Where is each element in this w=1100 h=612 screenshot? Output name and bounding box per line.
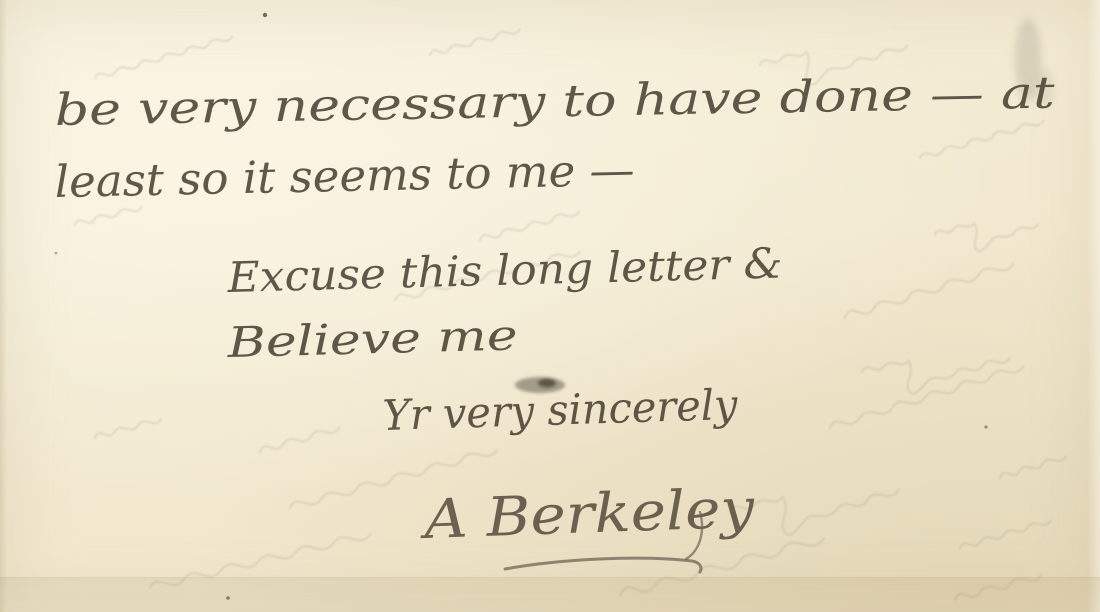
signature-underline-flourish [505,558,701,572]
letter-page: be very necessary to have done — at leas… [0,0,1100,612]
ink-blot [515,377,565,393]
letter-line-3: Excuse this long letter & [226,238,783,302]
letter-line-1: be very necessary to have done — at [54,68,1055,136]
signature-text: A Berkeley [418,476,757,551]
handwriting-layer: be very necessary to have done — at leas… [0,0,1100,612]
letter-line-2: least so it seems to me — [54,145,635,208]
letter-line-4: Believe me [226,310,518,367]
